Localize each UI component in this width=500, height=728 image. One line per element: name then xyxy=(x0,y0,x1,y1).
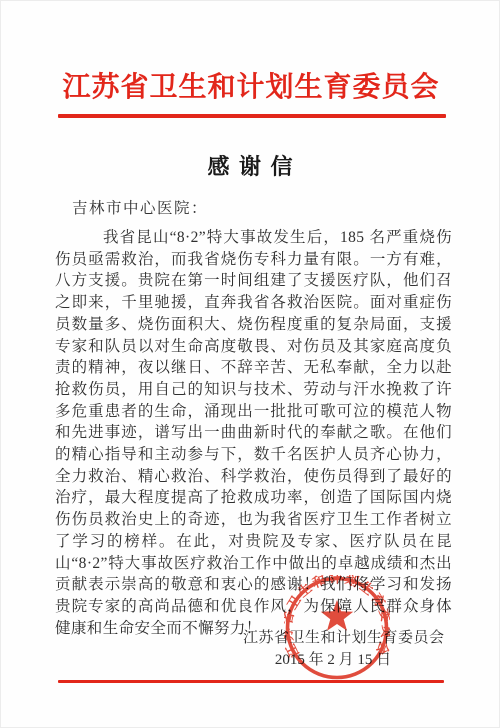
footer-divider-line xyxy=(58,680,444,683)
letter-title: 感 谢 信 xyxy=(1,150,500,181)
letterhead-org-name: 江苏省卫生和计划生育委员会 xyxy=(1,65,500,105)
letterhead-divider-line xyxy=(58,114,446,118)
letter-salutation: 吉林市中心医院： xyxy=(72,196,208,218)
signature-date: 2015 年 2 月 15 日 xyxy=(263,648,403,669)
signature-org-name: 江苏省卫生和计划生育委员会 xyxy=(243,626,423,647)
letter-body: 我省昆山“8·2”特大事故发生后，185 名严重烧伤伤员亟需救治，而我省烧伤专科… xyxy=(55,227,452,639)
scanned-letter-page: 江苏省卫生和计划生育委员会 感 谢 信 吉林市中心医院： 我省昆山“8·2”特大… xyxy=(0,0,500,728)
